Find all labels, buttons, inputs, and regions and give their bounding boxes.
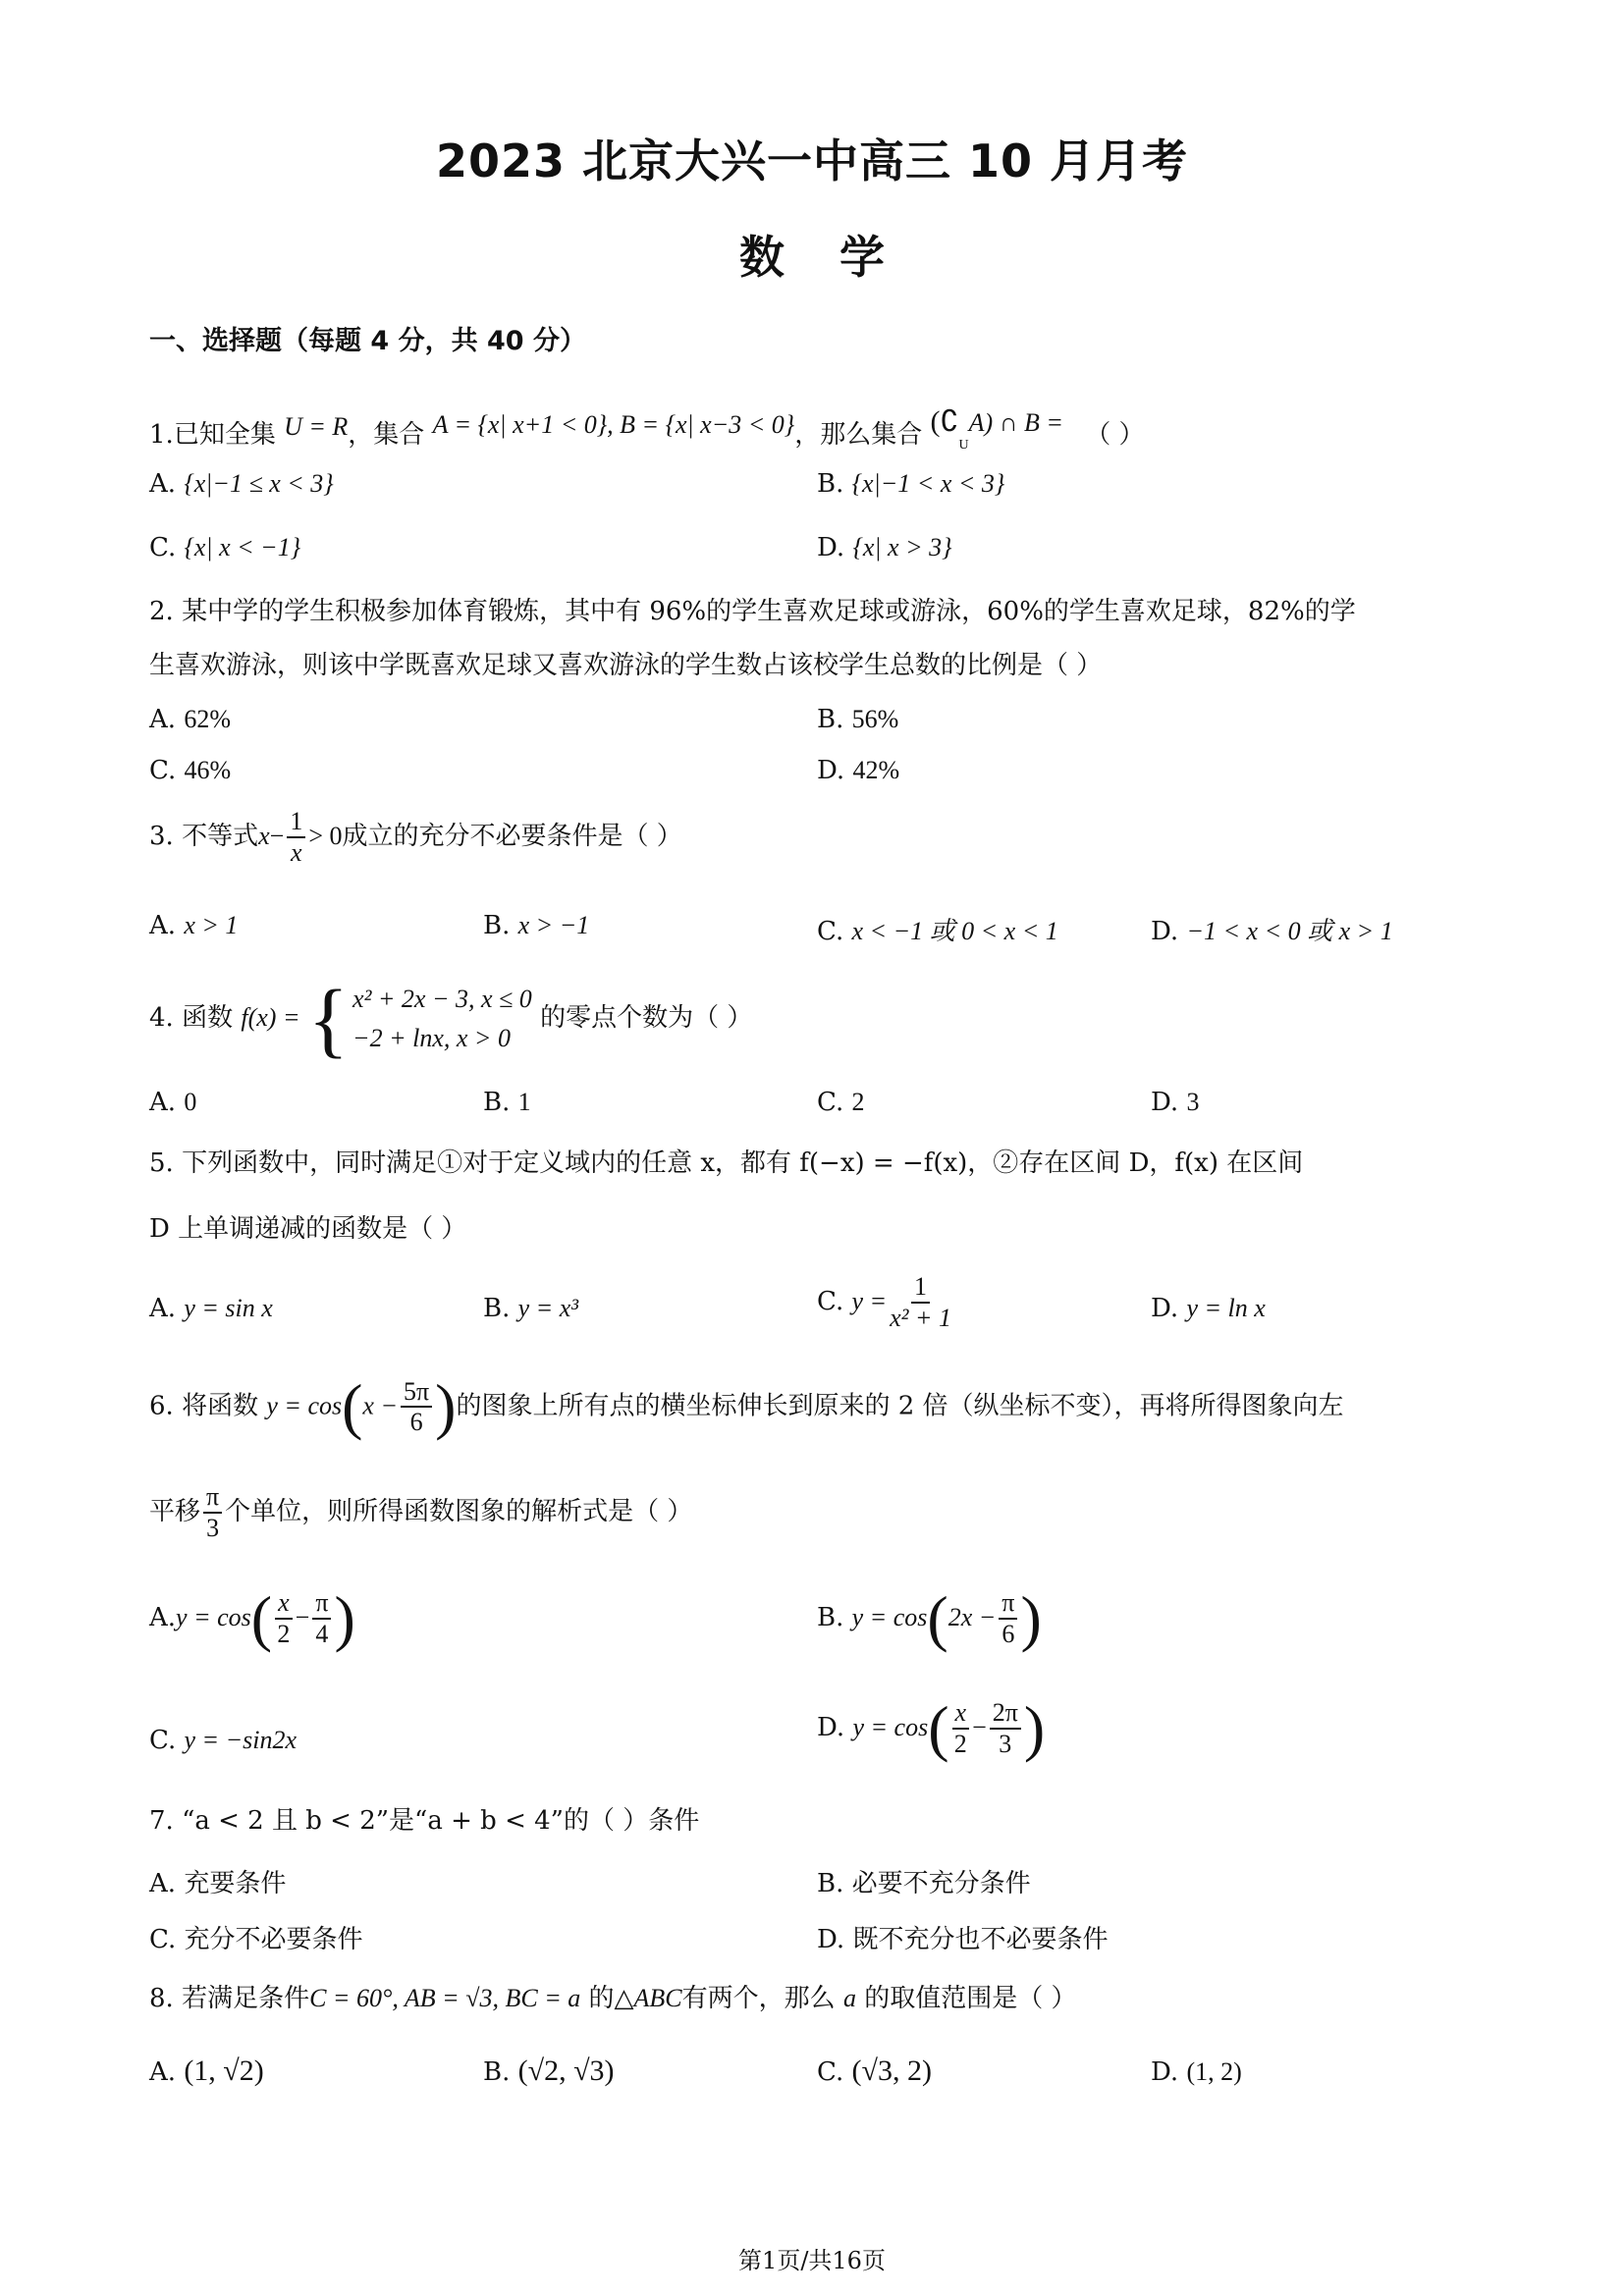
option-label: D. (817, 533, 844, 562)
option-label: C. (817, 917, 843, 946)
paren-close: ) (1024, 1693, 1045, 1763)
fraction-denominator: 2 (954, 1730, 967, 1759)
question-4: 4. 函数 f(x) = { x² + 2x − 3, x ≤ 0 −2 + l… (149, 977, 752, 1061)
option-label: B. (817, 1869, 843, 1898)
option-text: 充要条件 (184, 1869, 286, 1898)
option-6b: B. y = cos(2x −π6) (817, 1582, 1042, 1655)
question-text: 的 (589, 1984, 615, 2013)
math-expression: (∁ (930, 405, 958, 438)
question-text: D 上单调递减的函数是（ ） (149, 1214, 466, 1244)
fraction-numerator: 2π (990, 1698, 1021, 1730)
fraction-numerator: π (999, 1588, 1017, 1620)
math-fraction: x2 (275, 1588, 293, 1649)
fraction-numerator: 1 (287, 807, 305, 838)
option-4c: C. 2 (817, 1088, 865, 1117)
fraction-denominator: x² + 1 (890, 1304, 951, 1333)
fraction-denominator: 3 (999, 1730, 1011, 1759)
option-7c: C. 充分不必要条件 (149, 1919, 363, 1955)
option-text: y = x³ (518, 1294, 578, 1322)
option-text: {x|−1 < x < 3} (852, 469, 1005, 498)
option-label: C. (817, 1088, 843, 1117)
option-3d: D. −1 < x < 0 或 x > 1 (1151, 911, 1393, 947)
math-expression: A) ∩ B = (969, 408, 1063, 437)
option-8c: C. (√3, 2) (817, 2055, 932, 2088)
option-text: 62% (184, 705, 231, 733)
math-variable: x (258, 822, 270, 850)
option-text: {x| x < −1} (185, 533, 301, 561)
math-operator: − (296, 1603, 310, 1631)
math-expression: C = 60°, AB = √3, BC = a (309, 1984, 580, 2012)
question-3: 3. 不等式x−1x> 0成立的充分不必要条件是（ ） (149, 807, 682, 868)
option-7d: D. 既不充分也不必要条件 (817, 1919, 1108, 1955)
option-label: C. (149, 1925, 176, 1954)
option-1b: B. {x|−1 < x < 3} (817, 469, 1004, 499)
paren-open: ( (927, 1583, 947, 1653)
option-5c: C. y =1x² + 1 (817, 1272, 954, 1333)
option-text: {x| x > 3} (852, 533, 951, 561)
math-expression: A = {x| x+1 < 0}, B = {x| x−3 < 0} (433, 410, 795, 439)
question-text: 将函数 (182, 1391, 258, 1420)
option-label: B. (817, 469, 843, 499)
option-text: y = sin x (184, 1294, 272, 1322)
option-4d: D. 3 (1151, 1088, 1199, 1117)
option-5a: A. y = sin x (149, 1294, 273, 1323)
question-text: 已知全集 (174, 420, 276, 450)
question-text: ，集合 (348, 420, 424, 450)
option-text: 46% (185, 756, 232, 784)
paren-open: ( (251, 1583, 272, 1653)
question-6-line2: 平移π3个单位，则所得函数图象的解析式是（ ） (149, 1482, 692, 1543)
option-label: A. (149, 705, 176, 734)
option-text: 42% (852, 756, 899, 784)
option-1c: C. {x| x < −1} (149, 533, 300, 562)
math-fraction: 5π6 (401, 1377, 432, 1438)
question-text: 平移 (149, 1497, 200, 1526)
question-text: “a < 2 且 b < 2”是“a + b < 4”的（ ）条件 (182, 1806, 699, 1836)
option-2d: D. 42% (817, 756, 899, 785)
question-2-line2: 生喜欢游泳，则该中学既喜欢足球又喜欢游泳的学生数占该校学生总数的比例是（ ） (149, 651, 1102, 681)
option-2c: C. 46% (149, 756, 231, 785)
option-text: 3 (1186, 1088, 1199, 1116)
fraction-numerator: π (203, 1482, 222, 1514)
option-label: A. (149, 469, 176, 499)
answer-blank: （ ） (1085, 420, 1144, 450)
fraction-numerator: π (312, 1588, 331, 1620)
case-1: x² + 2x − 3, x ≤ 0 (352, 980, 532, 1019)
option-4a: A. 0 (149, 1088, 196, 1117)
math-fraction: 2π3 (990, 1698, 1021, 1759)
fraction-denominator: 6 (1001, 1620, 1014, 1649)
fraction-numerator: 1 (911, 1272, 930, 1304)
option-text: x < −1 或 0 < x < 1 (852, 917, 1058, 945)
option-text: 0 (184, 1088, 196, 1116)
question-text: ，那么集合 (794, 420, 922, 450)
question-number: 1. (149, 420, 174, 450)
question-7: 7. “a < 2 且 b < 2”是“a + b < 4”的（ ）条件 (149, 1806, 699, 1837)
fraction-denominator: 3 (206, 1514, 219, 1543)
option-text: y = ln x (1186, 1294, 1265, 1322)
option-label: A. (149, 1088, 176, 1117)
option-label: B. (483, 1294, 510, 1323)
option-label: D. (1151, 1294, 1178, 1323)
question-6: 6. 将函数 y = cos(x −5π6)的图象上所有点的横坐标伸长到原来的 … (149, 1369, 1344, 1445)
option-label: B. (483, 2057, 510, 2087)
option-text: 必要不充分条件 (852, 1869, 1031, 1898)
question-2: 2. 某中学的学生积极参加体育锻炼，其中有 96%的学生喜欢足球或游泳，60%的… (149, 597, 1356, 627)
fraction-denominator: 4 (315, 1620, 328, 1649)
question-text: 下列函数中，同时满足①对于定义域内的任意 x，都有 f(−x) = −f(x)，… (182, 1148, 1303, 1178)
option-text: (1, √2) (184, 2055, 263, 2087)
math-fraction: 1x (287, 807, 305, 868)
question-text: 不等式 (182, 822, 258, 851)
question-number: 8. (149, 1984, 174, 2013)
brace-symbol: { (308, 977, 349, 1061)
question-text: 个单位，则所得函数图象的解析式是（ ） (225, 1497, 692, 1526)
option-6a: A.y = cos(x2−π4) (149, 1582, 355, 1655)
option-label: A. (149, 911, 176, 940)
math-fraction: π6 (999, 1588, 1017, 1649)
option-text: {x|−1 ≤ x < 3} (184, 469, 333, 498)
option-label: D. (1151, 1088, 1178, 1117)
option-label: C. (149, 756, 176, 785)
math-fraction: 1x² + 1 (890, 1272, 951, 1333)
fraction-numerator: 5π (401, 1377, 432, 1409)
question-number: 7. (149, 1806, 174, 1836)
page-indicator: 第1页/共16页 (0, 2241, 1624, 2275)
option-label: B. (817, 705, 843, 734)
question-text: 有两个，那么 (682, 1984, 836, 2013)
question-number: 2. (149, 597, 174, 626)
option-text: 既不充分也不必要条件 (852, 1925, 1108, 1954)
paren-open: ( (342, 1371, 362, 1441)
option-text: 56% (852, 705, 899, 733)
question-text: 成立的充分不必要条件是（ ） (342, 822, 681, 851)
option-text: x > 1 (184, 911, 238, 939)
math-expression: x − (362, 1391, 398, 1419)
question-number: 4. (149, 1003, 174, 1033)
section-heading: 一、选择题（每题 4 分，共 40 分） (149, 319, 586, 357)
math-fraction: π3 (203, 1482, 222, 1543)
question-number: 5. (149, 1148, 174, 1178)
option-label: C. (817, 1287, 843, 1316)
question-text: 的取值范围是（ ） (864, 1984, 1076, 2013)
option-text: (√2, √3) (518, 2055, 615, 2087)
question-number: 3. (149, 822, 174, 851)
case-2: −2 + lnx, x > 0 (352, 1019, 532, 1058)
option-5b: B. y = x³ (483, 1294, 578, 1323)
option-label: B. (483, 911, 510, 940)
question-text: 函数 (182, 1003, 233, 1033)
piecewise-function: { x² + 2x − 3, x ≤ 0 −2 + lnx, x > 0 (308, 977, 532, 1061)
math-expression: U = R (284, 412, 348, 441)
option-label: C. (149, 533, 176, 562)
math-expression: > 0 (308, 822, 342, 850)
fraction-denominator: 2 (277, 1620, 290, 1649)
option-label: B. (817, 1603, 843, 1632)
option-text: x > −1 (518, 911, 590, 939)
option-5d: D. y = ln x (1151, 1294, 1266, 1323)
option-text: y = cos (176, 1603, 251, 1631)
option-3c: C. x < −1 或 0 < x < 1 (817, 911, 1058, 947)
math-expression: y = cos (266, 1391, 342, 1419)
option-label: C. (149, 1726, 176, 1755)
question-1: 1.已知全集 U = R，集合 A = {x| x+1 < 0}, B = {x… (149, 404, 1144, 454)
paren-close: ) (334, 1583, 354, 1653)
fraction-denominator: 6 (410, 1408, 423, 1437)
option-text: y = cos (852, 1603, 928, 1631)
math-operator: − (270, 822, 285, 850)
fraction-numerator: x (275, 1588, 293, 1620)
question-text: 某中学的学生积极参加体育锻炼，其中有 96%的学生喜欢足球或游泳，60%的学生喜… (182, 597, 1356, 626)
math-expression: 2x − (948, 1603, 997, 1631)
option-text: y = cos (852, 1713, 928, 1741)
option-7b: B. 必要不充分条件 (817, 1863, 1031, 1899)
question-8: 8. 若满足条件C = 60°, AB = √3, BC = a 的△ABC有两… (149, 1983, 1076, 2014)
math-subscript: U (959, 438, 969, 453)
question-number: 6. (149, 1391, 174, 1420)
option-7a: A. 充要条件 (149, 1863, 286, 1899)
option-label: A. (149, 1294, 176, 1323)
option-label: D. (817, 1713, 844, 1742)
exam-subject: 数 学 (0, 222, 1624, 287)
function-name: f(x) = (241, 1003, 299, 1032)
question-text: 生喜欢游泳，则该中学既喜欢足球又喜欢游泳的学生数占该校学生总数的比例是（ ） (149, 651, 1102, 680)
option-6c: C. y = −sin2x (149, 1726, 297, 1755)
option-6d: D. y = cos(x2−2π3) (817, 1692, 1045, 1765)
math-fraction: x2 (952, 1698, 970, 1759)
option-1d: D. {x| x > 3} (817, 533, 952, 562)
option-2a: A. 62% (149, 705, 231, 734)
option-label: B. (483, 1088, 510, 1117)
option-text: −1 < x < 0 或 x > 1 (1186, 917, 1392, 945)
option-text: 2 (852, 1088, 865, 1116)
paren-close: ) (435, 1371, 456, 1441)
option-1a: A. {x|−1 ≤ x < 3} (149, 469, 334, 499)
option-8a: A. (1, √2) (149, 2055, 264, 2088)
option-text: (√3, 2) (852, 2055, 932, 2087)
option-label: A. (149, 2057, 176, 2087)
fraction-numerator: x (952, 1698, 970, 1730)
option-8d: D. (1, 2) (1151, 2057, 1242, 2087)
option-text: y = −sin2x (185, 1726, 298, 1754)
option-text: y = (852, 1287, 888, 1315)
paren-close: ) (1020, 1583, 1041, 1653)
fraction-denominator: x (291, 838, 302, 868)
question-5-line2: D 上单调递减的函数是（ ） (149, 1214, 466, 1245)
question-text: 的零点个数为（ ） (540, 1003, 752, 1033)
option-4b: B. 1 (483, 1088, 531, 1117)
option-2b: B. 56% (817, 705, 898, 734)
option-text: 充分不必要条件 (185, 1925, 363, 1954)
option-text: (1, 2) (1186, 2057, 1241, 2086)
option-label: C. (817, 2057, 843, 2087)
question-text: 的图象上所有点的横坐标伸长到原来的 2 倍（纵坐标不变），再将所得图象向左 (456, 1391, 1343, 1420)
option-label: D. (1151, 917, 1178, 946)
option-label: A. (149, 1603, 176, 1632)
option-8b: B. (√2, √3) (483, 2055, 615, 2088)
exam-title: 2023 北京大兴一中高三 10 月月考 (0, 126, 1624, 190)
option-3a: A. x > 1 (149, 911, 238, 940)
option-label: D. (817, 1925, 844, 1954)
math-variable: a (843, 1984, 856, 2012)
paren-open: ( (928, 1693, 948, 1763)
cases: x² + 2x − 3, x ≤ 0 −2 + lnx, x > 0 (352, 980, 532, 1059)
math-expression: △ABC (615, 1984, 682, 2012)
question-text: 若满足条件 (182, 1984, 309, 2013)
option-label: D. (817, 756, 844, 785)
option-text: 1 (518, 1088, 531, 1116)
option-3b: B. x > −1 (483, 911, 589, 940)
question-5: 5. 下列函数中，同时满足①对于定义域内的任意 x，都有 f(−x) = −f(… (149, 1148, 1303, 1179)
math-operator: − (972, 1713, 987, 1741)
option-label: D. (1151, 2057, 1178, 2087)
math-fraction: π4 (312, 1588, 331, 1649)
option-label: A. (149, 1869, 176, 1898)
